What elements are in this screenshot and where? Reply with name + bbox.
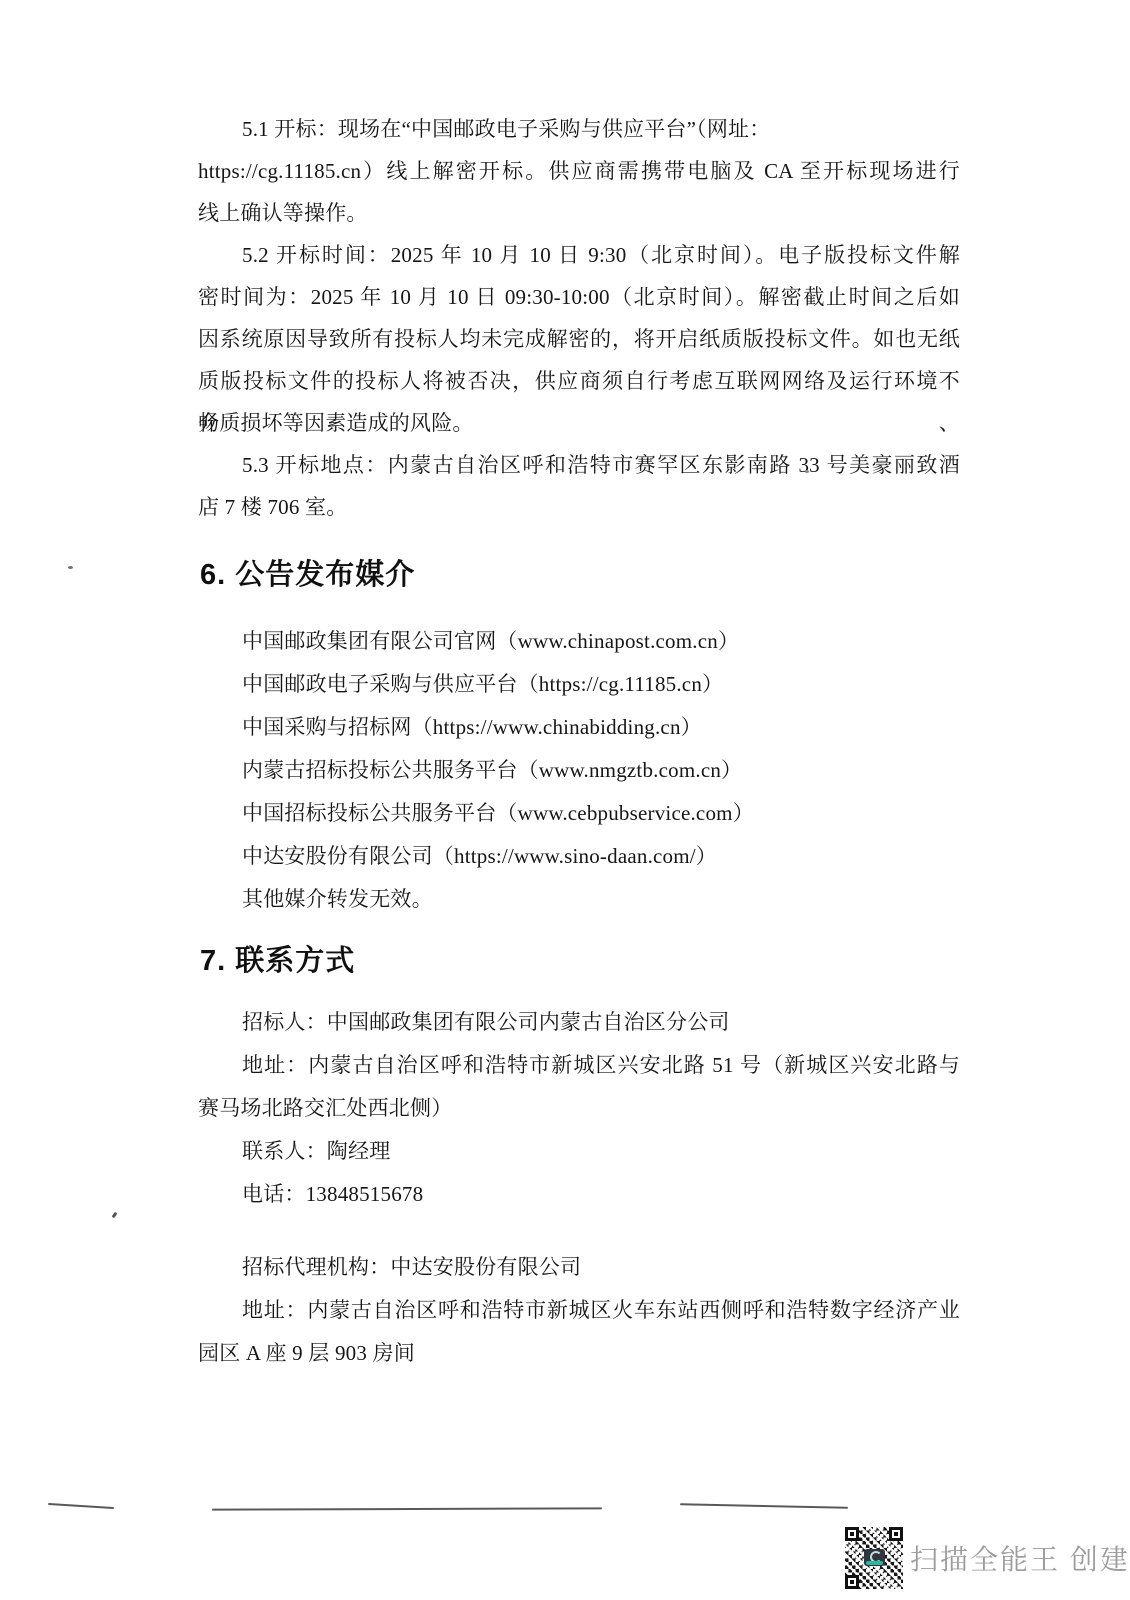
- text-line: 招标人：中国邮政集团有限公司内蒙古自治区分公司: [198, 1001, 960, 1044]
- scan-artifact-line: [680, 1503, 848, 1508]
- media-list-item: 中国采购与招标网（https://www.chinabidding.cn）: [198, 706, 960, 749]
- text-line: 地址：内蒙古自治区呼和浩特市新城区兴安北路 51 号（新城区兴安北路与: [198, 1044, 960, 1087]
- text-line: https://cg.11185.cn）线上解密开标。供应商需携带电脑及 CA …: [198, 150, 960, 192]
- qr-code: [845, 1527, 903, 1589]
- text-line: 电话：13848515678: [198, 1173, 960, 1216]
- section-7-tenderer-contact: 招标人：中国邮政集团有限公司内蒙古自治区分公司 地址：内蒙古自治区呼和浩特市新城…: [198, 1001, 960, 1216]
- qr-finder-pattern: [845, 1575, 859, 1589]
- scanned-document-page: 5.1 开标：现场在“中国邮政电子采购与供应平台”（网址： https://cg…: [0, 0, 1130, 1600]
- text-line: 5.1 开标：现场在“中国邮政电子采购与供应平台”（网址：: [198, 108, 960, 150]
- media-list-item: 中国招标投标公共服务平台（www.cebpubservice.com）: [198, 792, 960, 835]
- text-line: 店 7 楼 706 室。: [198, 486, 960, 528]
- text-line: 质版投标文件的投标人将被否决，供应商须自行考虑互联网网络及运行环境不畅、: [198, 360, 960, 402]
- camscanner-logo-icon: [864, 1549, 885, 1566]
- text-line: 联系人：陶经理: [198, 1130, 960, 1173]
- scan-artifact-line: [212, 1507, 602, 1510]
- section-7-heading: 7. 联系方式: [200, 938, 355, 979]
- scan-speck: [805, 470, 809, 473]
- text-line: 招标代理机构：中达安股份有限公司: [198, 1246, 960, 1289]
- media-list-item: 中国邮政集团有限公司官网（www.chinapost.com.cn）: [198, 620, 960, 663]
- scan-speck: [68, 566, 73, 569]
- text-line: 密时间为：2025 年 10 月 10 日 09:30-10:00（北京时间）。…: [198, 276, 960, 318]
- qr-finder-pattern: [889, 1527, 903, 1541]
- camscanner-watermark-text: 扫描全能王 创建: [910, 1541, 1130, 1579]
- media-list-item: 中达安股份有限公司（https://www.sino-daan.com/）: [198, 835, 960, 878]
- text-line: 园区 A 座 9 层 903 房间: [198, 1332, 960, 1375]
- media-list-item: 中国邮政电子采购与供应平台（https://cg.11185.cn）: [198, 663, 960, 706]
- text-line: 线上确认等操作。: [198, 192, 960, 234]
- text-line: 地址：内蒙古自治区呼和浩特市新城区火车东站西侧呼和浩特数字经济产业: [198, 1289, 960, 1332]
- section-7-agency-contact: 招标代理机构：中达安股份有限公司 地址：内蒙古自治区呼和浩特市新城区火车东站西侧…: [198, 1246, 960, 1375]
- scan-speck: [112, 1212, 118, 1219]
- section-6-heading: 6. 公告发布媒介: [200, 552, 415, 593]
- qr-finder-pattern: [845, 1527, 859, 1541]
- section-6-media-list: 中国邮政集团有限公司官网（www.chinapost.com.cn） 中国邮政电…: [198, 620, 960, 921]
- text-line: 因系统原因导致所有投标人均未完成解密的，将开启纸质版投标文件。如也无纸: [198, 318, 960, 360]
- scan-artifact-line: [48, 1503, 114, 1509]
- section-5-open-bid-paragraphs: 5.1 开标：现场在“中国邮政电子采购与供应平台”（网址： https://cg…: [198, 108, 960, 528]
- text-line: 5.2 开标时间：2025 年 10 月 10 日 9:30（北京时间）。电子版…: [198, 234, 960, 276]
- media-list-item: 其他媒介转发无效。: [198, 878, 960, 921]
- text-line: 5.3 开标地点：内蒙古自治区呼和浩特市赛罕区东影南路 33 号美豪丽致酒: [198, 444, 960, 486]
- text-line: 赛马场北路交汇处西北侧）: [198, 1087, 960, 1130]
- media-list-item: 内蒙古招标投标公共服务平台（www.nmgztb.com.cn）: [198, 749, 960, 792]
